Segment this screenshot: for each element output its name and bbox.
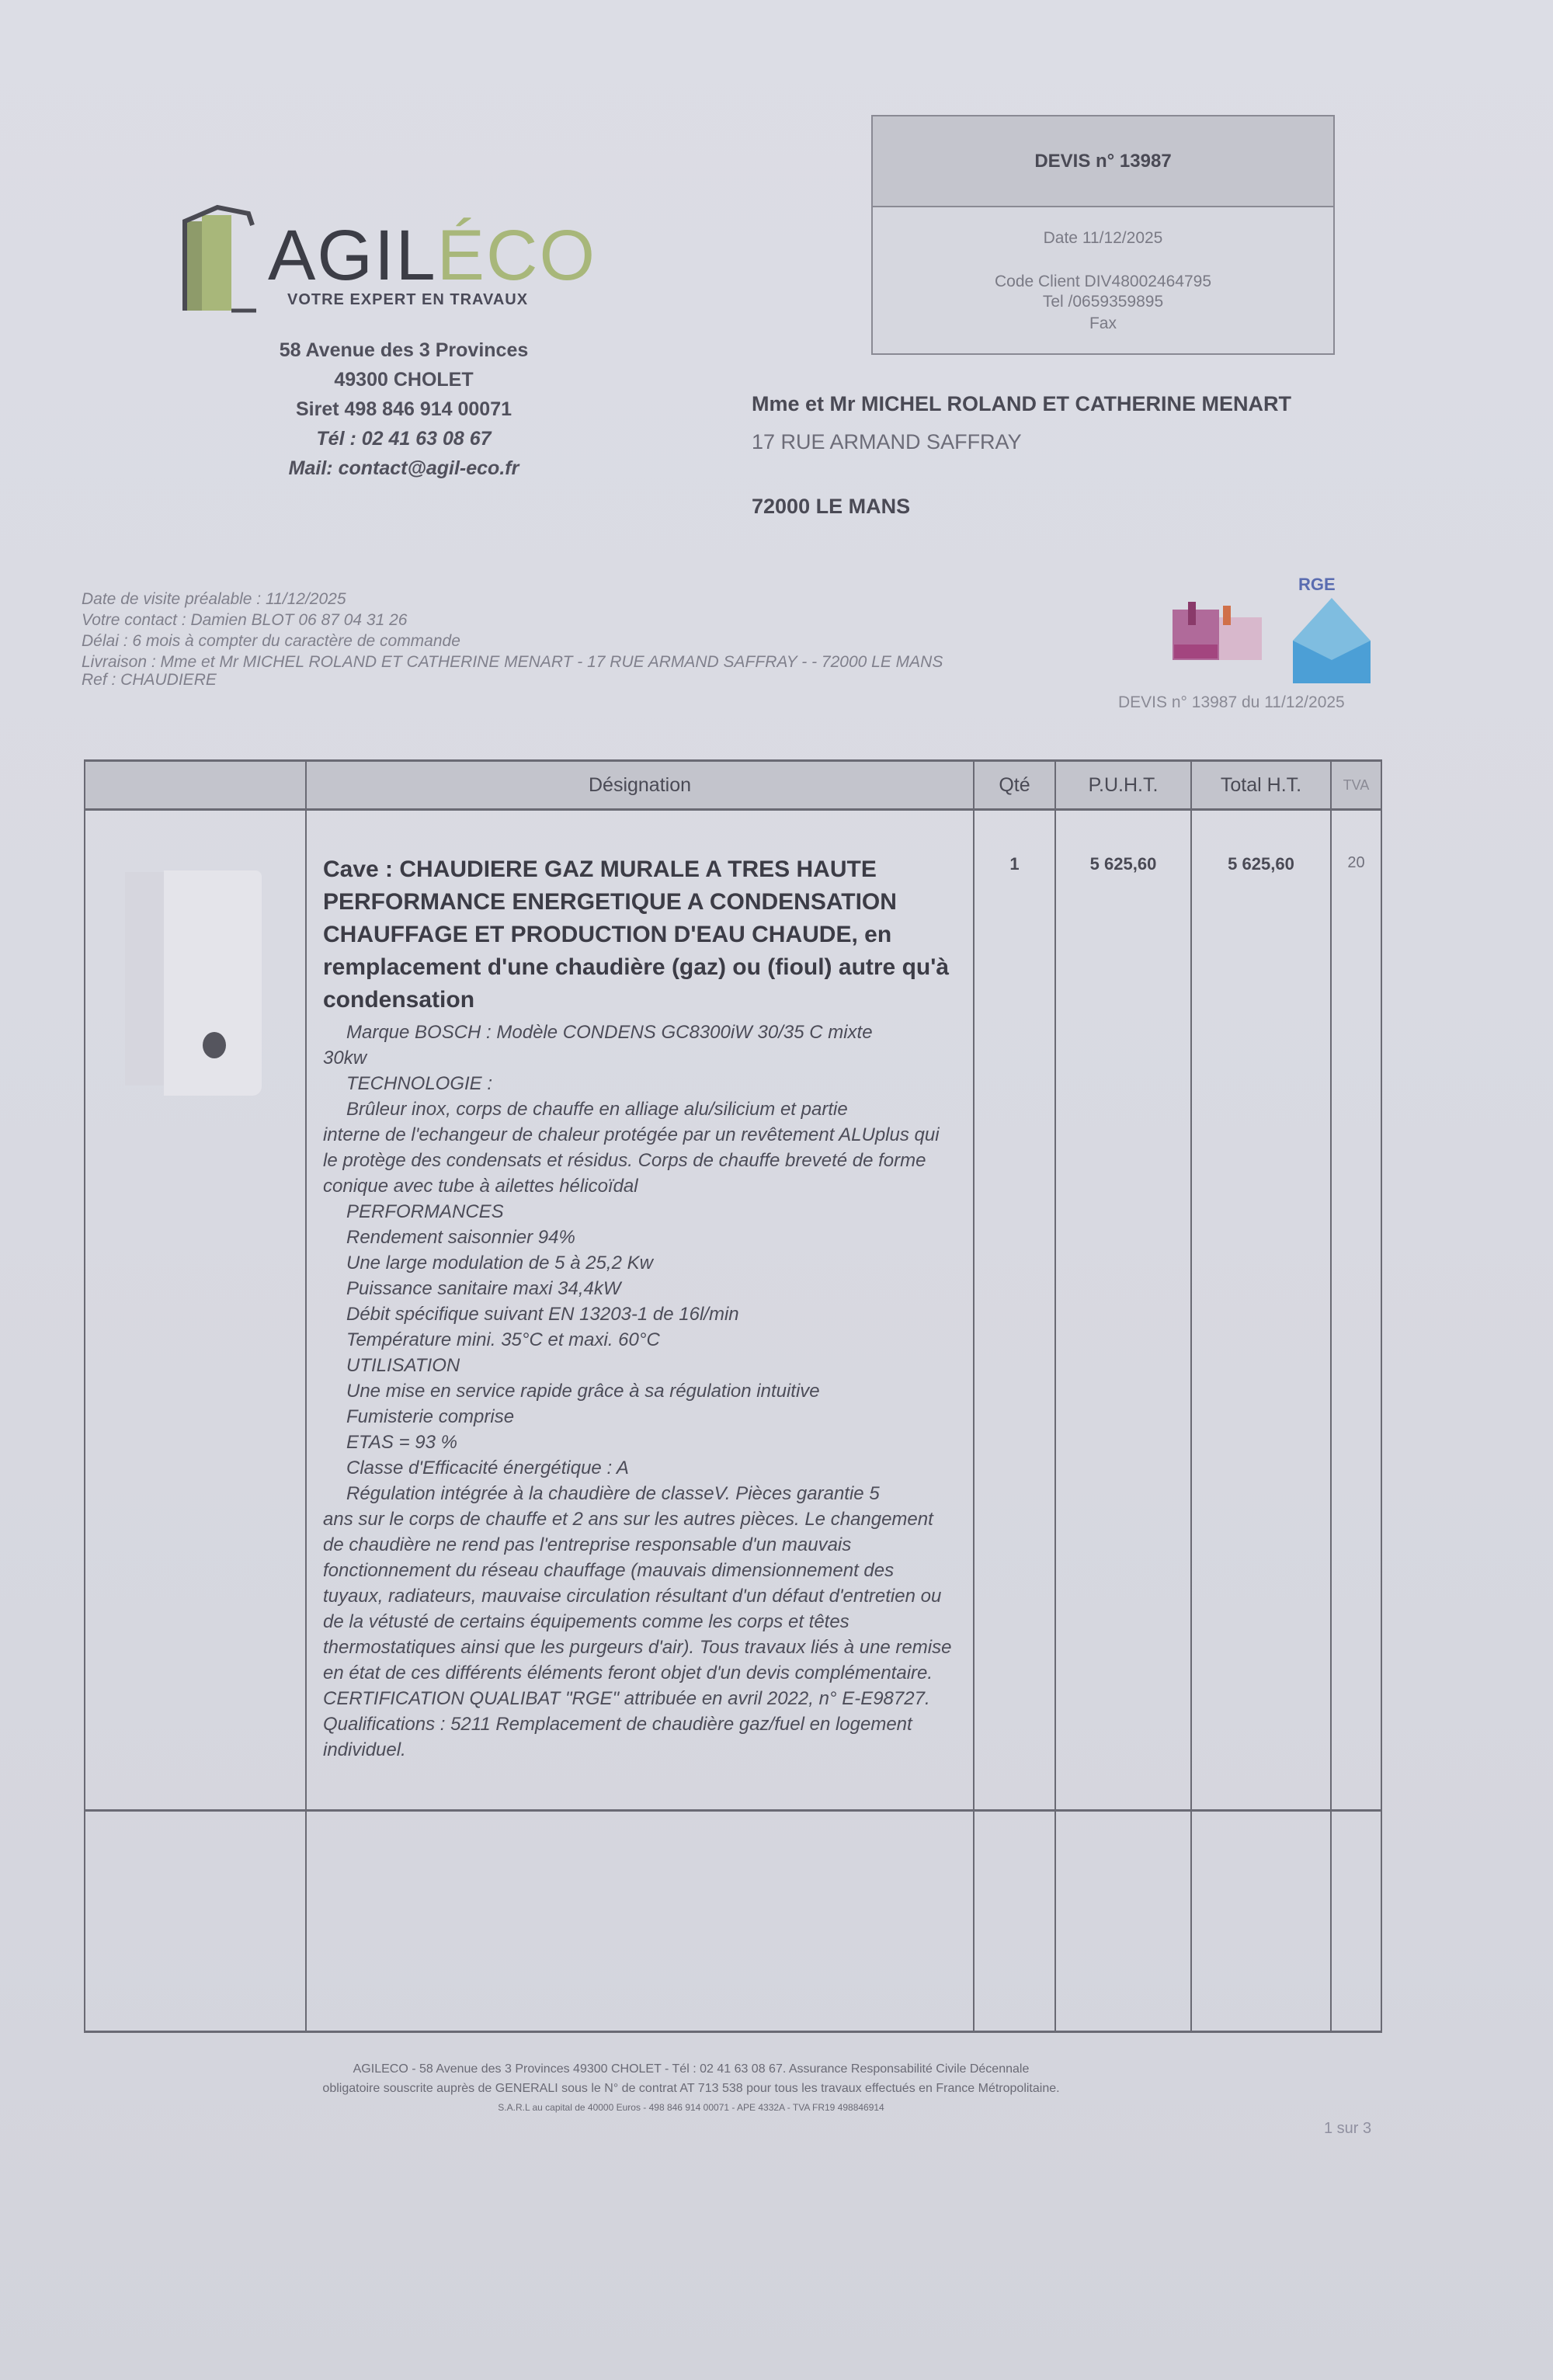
item-description-line: Rendement saisonnier 94%	[323, 1225, 958, 1250]
table-row: Cave : CHAUDIERE GAZ MURALE A TRES HAUTE…	[85, 810, 1381, 1811]
boiler-image	[125, 870, 265, 1103]
empty-cell	[1055, 1811, 1191, 2032]
rge-house-icon	[1293, 598, 1371, 683]
certification-badges: RGE	[1169, 559, 1402, 668]
empty-cell	[1191, 1811, 1331, 2032]
item-description-line: Régulation intégrée à la chaudière de cl…	[323, 1481, 958, 1506]
col-header-vat: TVA	[1331, 761, 1381, 810]
boiler-knob-icon	[203, 1032, 226, 1058]
company-tel: Tél : 02 41 63 08 67	[210, 424, 598, 453]
visit-date: Date de visite préalable : 11/12/2025	[82, 589, 943, 610]
quote-date: Date 11/12/2025	[873, 229, 1333, 248]
quote-meta: Date de visite préalable : 11/12/2025 Vo…	[82, 589, 943, 690]
item-description-line: interne de l'echangeur de chaleur protég…	[323, 1122, 958, 1199]
logo-wordmark: AGILÉCO	[268, 220, 596, 291]
company-mail: Mail: contact@agil-eco.fr	[210, 453, 598, 483]
table-row-empty	[85, 1811, 1381, 2032]
company-address-block: 58 Avenue des 3 Provinces 49300 CHOLET S…	[210, 335, 598, 483]
item-description-line: Puissance sanitaire maxi 34,4kW	[323, 1276, 958, 1301]
empty-cell	[306, 1811, 974, 2032]
client-code: Code Client DIV48002464795	[873, 273, 1333, 291]
logo-text-accent: ÉCO	[437, 216, 596, 295]
col-header-designation: Désignation	[306, 761, 974, 810]
empty-cell	[85, 1811, 306, 2032]
item-description-line: TECHNOLOGIE :	[323, 1071, 958, 1096]
col-header-image	[85, 761, 306, 810]
item-description: Marque BOSCH : Modèle CONDENS GC8300iW 3…	[323, 1020, 958, 1763]
item-description-line: Température mini. 35°C et maxi. 60°C	[323, 1327, 958, 1353]
reference: Ref : CHAUDIERE	[82, 669, 943, 690]
company-logo: AGILÉCO VOTRE EXPERT EN TRAVAUX	[179, 190, 598, 314]
quote-info-box: DEVIS n° 13987 Date 11/12/2025 Code Clie…	[871, 115, 1335, 355]
client-address-block: Mme et Mr MICHEL ROLAND ET CATHERINE MEN…	[752, 392, 1291, 519]
client-tel: Tel /0659359895	[873, 291, 1333, 313]
empty-cell	[1331, 1811, 1381, 2032]
item-title: Cave : CHAUDIERE GAZ MURALE A TRES HAUTE…	[323, 853, 958, 1016]
page-number: 1 sur 3	[1324, 2120, 1371, 2138]
item-vat: 20	[1331, 810, 1381, 1811]
item-qty: 1	[974, 810, 1055, 1811]
qualipac-badge-icon	[1173, 602, 1262, 660]
footer-line3: S.A.R.L au capital de 40000 Euros - 498 …	[140, 2098, 1242, 2118]
delivery-delay: Délai : 6 mois à compter du caractère de…	[82, 631, 943, 651]
item-designation-cell: Cave : CHAUDIERE GAZ MURALE A TRES HAUTE…	[306, 810, 974, 1811]
contact-person: Votre contact : Damien BLOT 06 87 04 31 …	[82, 610, 943, 631]
rge-label: RGE	[1298, 575, 1336, 595]
item-description-line: PERFORMANCES	[323, 1199, 958, 1225]
item-description-line: 30kw	[323, 1045, 958, 1071]
item-description-line: Fumisterie comprise	[323, 1404, 958, 1430]
item-description-line: ans sur le corps de chauffe et 2 ans sur…	[323, 1506, 958, 1763]
item-image-cell	[85, 810, 306, 1811]
logo-text-primary: AGIL	[268, 216, 437, 295]
rge-badge: RGE	[1297, 575, 1374, 679]
quote-number: DEVIS n° 13987	[873, 116, 1333, 207]
item-description-line: Une large modulation de 5 à 25,2 Kw	[323, 1250, 958, 1276]
item-description-line: ETAS = 93 %	[323, 1430, 958, 1455]
col-header-unit-price: P.U.H.T.	[1055, 761, 1191, 810]
client-fax: Fax	[873, 313, 1333, 335]
client-city: 72000 LE MANS	[752, 495, 1291, 519]
item-description-line: Débit spécifique suivant EN 13203-1 de 1…	[323, 1301, 958, 1327]
quote-reference-line: DEVIS n° 13987 du 11/12/2025	[1118, 693, 1345, 712]
company-address-line1: 58 Avenue des 3 Provinces	[210, 335, 598, 365]
item-description-line: UTILISATION	[323, 1353, 958, 1378]
building-logo-icon	[179, 198, 256, 314]
item-unit-price: 5 625,60	[1055, 810, 1191, 1811]
logo-tagline: VOTRE EXPERT EN TRAVAUX	[287, 291, 528, 309]
client-street: 17 RUE ARMAND SAFFRAY	[752, 430, 1291, 454]
col-header-total: Total H.T.	[1191, 761, 1331, 810]
client-name: Mme et Mr MICHEL ROLAND ET CATHERINE MEN…	[752, 392, 1291, 416]
empty-cell	[974, 1811, 1055, 2032]
item-description-line: Marque BOSCH : Modèle CONDENS GC8300iW 3…	[323, 1020, 958, 1045]
item-description-line: Brûleur inox, corps de chauffe en alliag…	[323, 1096, 958, 1122]
company-siret: Siret 498 846 914 00071	[210, 394, 598, 424]
item-description-line: Classe d'Efficacité énergétique : A	[323, 1455, 958, 1481]
item-total: 5 625,60	[1191, 810, 1331, 1811]
table-header-row: Désignation Qté P.U.H.T. Total H.T. TVA	[85, 761, 1381, 810]
footer-line2: obligatoire souscrite auprès de GENERALI…	[140, 2079, 1242, 2098]
company-address-line2: 49300 CHOLET	[210, 365, 598, 394]
items-table: Désignation Qté P.U.H.T. Total H.T. TVA …	[84, 759, 1381, 2033]
col-header-qty: Qté	[974, 761, 1055, 810]
page-footer: AGILECO - 58 Avenue des 3 Provinces 4930…	[140, 2059, 1242, 2118]
footer-line1: AGILECO - 58 Avenue des 3 Provinces 4930…	[140, 2059, 1242, 2079]
item-description-line: Une mise en service rapide grâce à sa ré…	[323, 1378, 958, 1404]
